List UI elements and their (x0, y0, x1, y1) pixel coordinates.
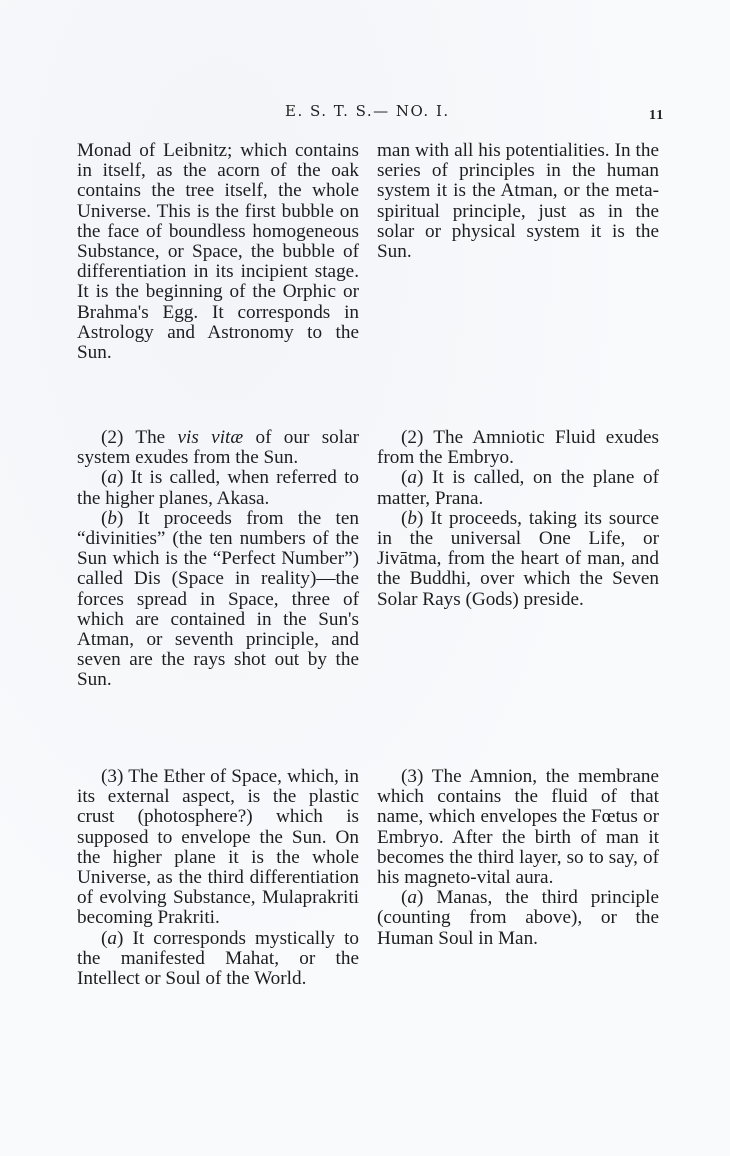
item-letter: a (107, 928, 117, 949)
running-head: E. S. T. S.— NO. I. (285, 102, 450, 120)
section-2-left-column: (2) The vis vitæ of our solar system exu… (77, 428, 359, 691)
paragraph: man with all his potentialities. In the … (377, 141, 659, 262)
paragraph-3a: (a) Manas, the third principle (counting… (377, 888, 659, 949)
paragraph-text: ) It is called, when referred to the hig… (77, 467, 359, 508)
paragraph-text: ) Manas, the third principle (counting f… (377, 887, 659, 948)
section-1-right-column: man with all his potentialities. In the … (377, 141, 659, 262)
paragraph-text: ) It proceeds, taking its source in the … (377, 508, 659, 610)
section-3-left-column: (3) The Ether of Space, which, in its ex… (77, 767, 359, 989)
paragraph-2: (2) The vis vitæ of our solar system exu… (77, 428, 359, 468)
italic-term: vis vitæ (178, 427, 244, 448)
paragraph-3: (3) The Amnion, the membrane which conta… (377, 767, 659, 888)
section-2-right-column: (2) The Amniotic Fluid exudes from the E… (377, 428, 659, 610)
paragraph-prefix: (2) The (101, 427, 178, 448)
item-letter: a (107, 467, 117, 488)
paragraph-2a: (a) It is called, when referred to the h… (77, 468, 359, 508)
item-letter: a (407, 467, 417, 488)
paragraph-3: (3) The Ether of Space, which, in its ex… (77, 767, 359, 929)
section-3-right-column: (3) The Amnion, the membrane which conta… (377, 767, 659, 949)
item-letter: a (407, 887, 417, 908)
paragraph-text: ) It proceeds from the ten “divinities” … (77, 508, 359, 691)
section-1-left-column: Monad of Leibnitz; which contains in its… (77, 141, 359, 363)
page-number: 11 (649, 108, 664, 124)
paragraph: Monad of Leibnitz; which contains in its… (77, 141, 359, 363)
paragraph-3a: (a) It corresponds mystically to the man… (77, 929, 359, 990)
item-letter: b (107, 508, 117, 529)
paragraph-2b: (b) It proceeds, taking its source in th… (377, 509, 659, 610)
paragraph-text: ) It is called, on the plane of matter, … (377, 467, 659, 508)
paragraph-2: (2) The Amniotic Fluid exudes from the E… (377, 428, 659, 468)
item-letter: b (407, 508, 417, 529)
paragraph-2b: (b) It proceeds from the ten “divinities… (77, 509, 359, 691)
document-page: E. S. T. S.— NO. I. 11 Monad of Leibnitz… (0, 0, 730, 1156)
paragraph-text: ) It corresponds mystically to the manif… (77, 928, 359, 989)
paragraph-2a: (a) It is called, on the plane of matter… (377, 468, 659, 508)
